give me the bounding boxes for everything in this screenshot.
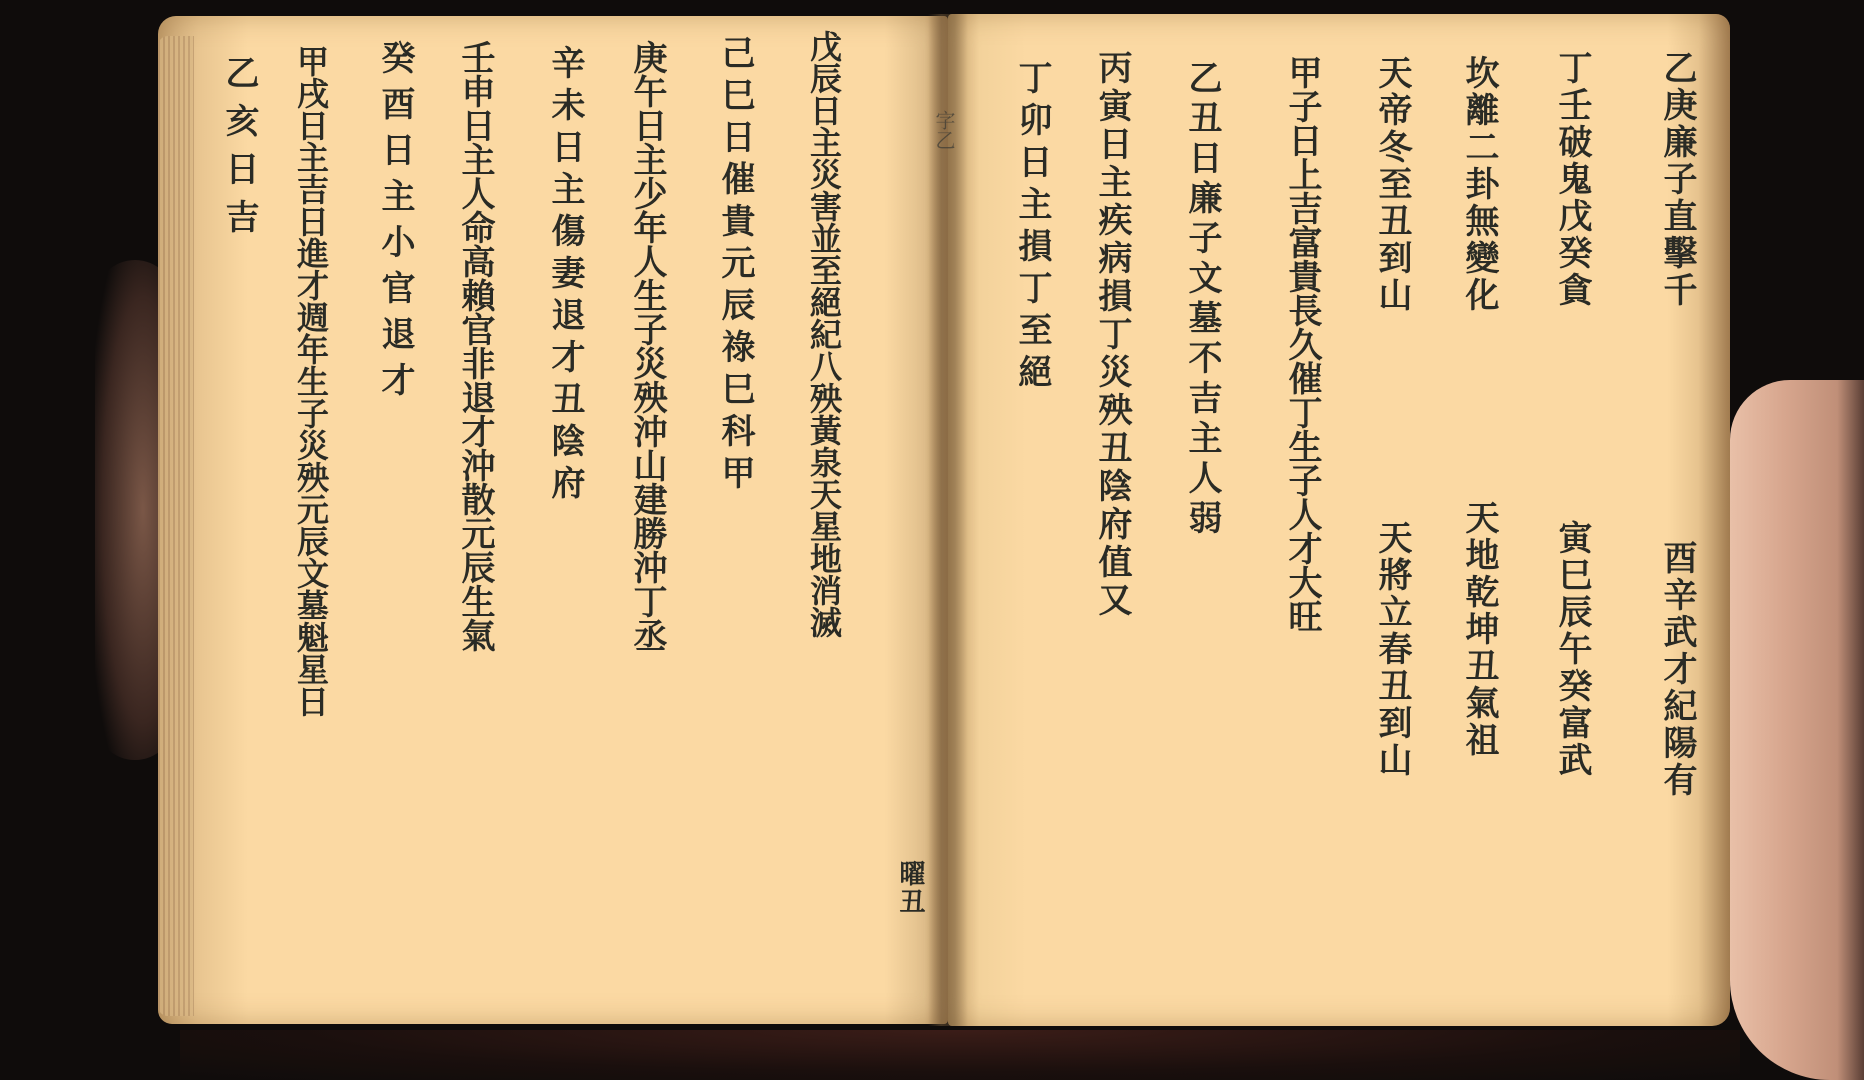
right-col-2-top: 丁壬破鬼戊癸貪 (1555, 50, 1589, 309)
left-col-4: 辛未日主傷妻退才丑陰府 (548, 45, 582, 507)
right-col-3-top: 坎離二卦無變化 (1462, 55, 1496, 314)
page-edge-stack (158, 36, 194, 1016)
left-col-5: 壬申日主人命高賴官非退才沖散元辰生氣 (458, 40, 492, 652)
left-col-6: 癸酉日主小官退才 (378, 40, 412, 408)
right-col-1-bottom: 酉辛武才紀陽有 (1660, 540, 1694, 799)
right-col-1-top: 乙庚廉子直擊千 (1660, 50, 1694, 309)
right-page (948, 14, 1730, 1026)
right-col-7: 丙寅日主疾病損丁災殃丑陰府值又 (1095, 50, 1129, 620)
left-col-1-note: 曜丑 (892, 860, 929, 916)
right-col-2-bottom: 寅巳辰午癸富武 (1555, 520, 1589, 779)
left-col-2: 己巳日催貴元辰祿巳科甲 (718, 35, 752, 497)
left-col-7: 甲戌日主吉日進才週年生子災殃元辰文墓魁星日 (295, 45, 327, 717)
right-col-3-bottom: 天地乾坤丑氣祖 (1462, 500, 1496, 759)
right-col-5: 甲子日上吉富貴長久催丁生子人才大旺 (1285, 55, 1319, 633)
right-col-4-bottom: 天將立春丑到山 (1375, 520, 1409, 779)
book-gutter (928, 14, 968, 1026)
right-col-4-top: 天帝冬至丑到山 (1375, 55, 1409, 314)
left-col-3: 庚午日主少年人生子災殃沖山建勝沖丁丞 (630, 40, 664, 652)
right-col-6: 乙丑日廉子文墓不吉主人弱 (1185, 60, 1219, 540)
left-col-1: 戊辰日主災害並至絕紀八殃黃泉天星地消滅 (808, 30, 840, 638)
left-col-8: 乙亥日吉 (222, 55, 256, 247)
gutter-mark: 字乙 (935, 110, 959, 150)
right-col-8: 丁卯日主損丁至絕 (1015, 60, 1049, 396)
open-book: 字乙 乙庚廉子直擊千 酉辛武才紀陽有 丁壬破鬼戊癸貪 寅巳辰午癸富武 坎離二卦無… (0, 0, 1864, 1080)
